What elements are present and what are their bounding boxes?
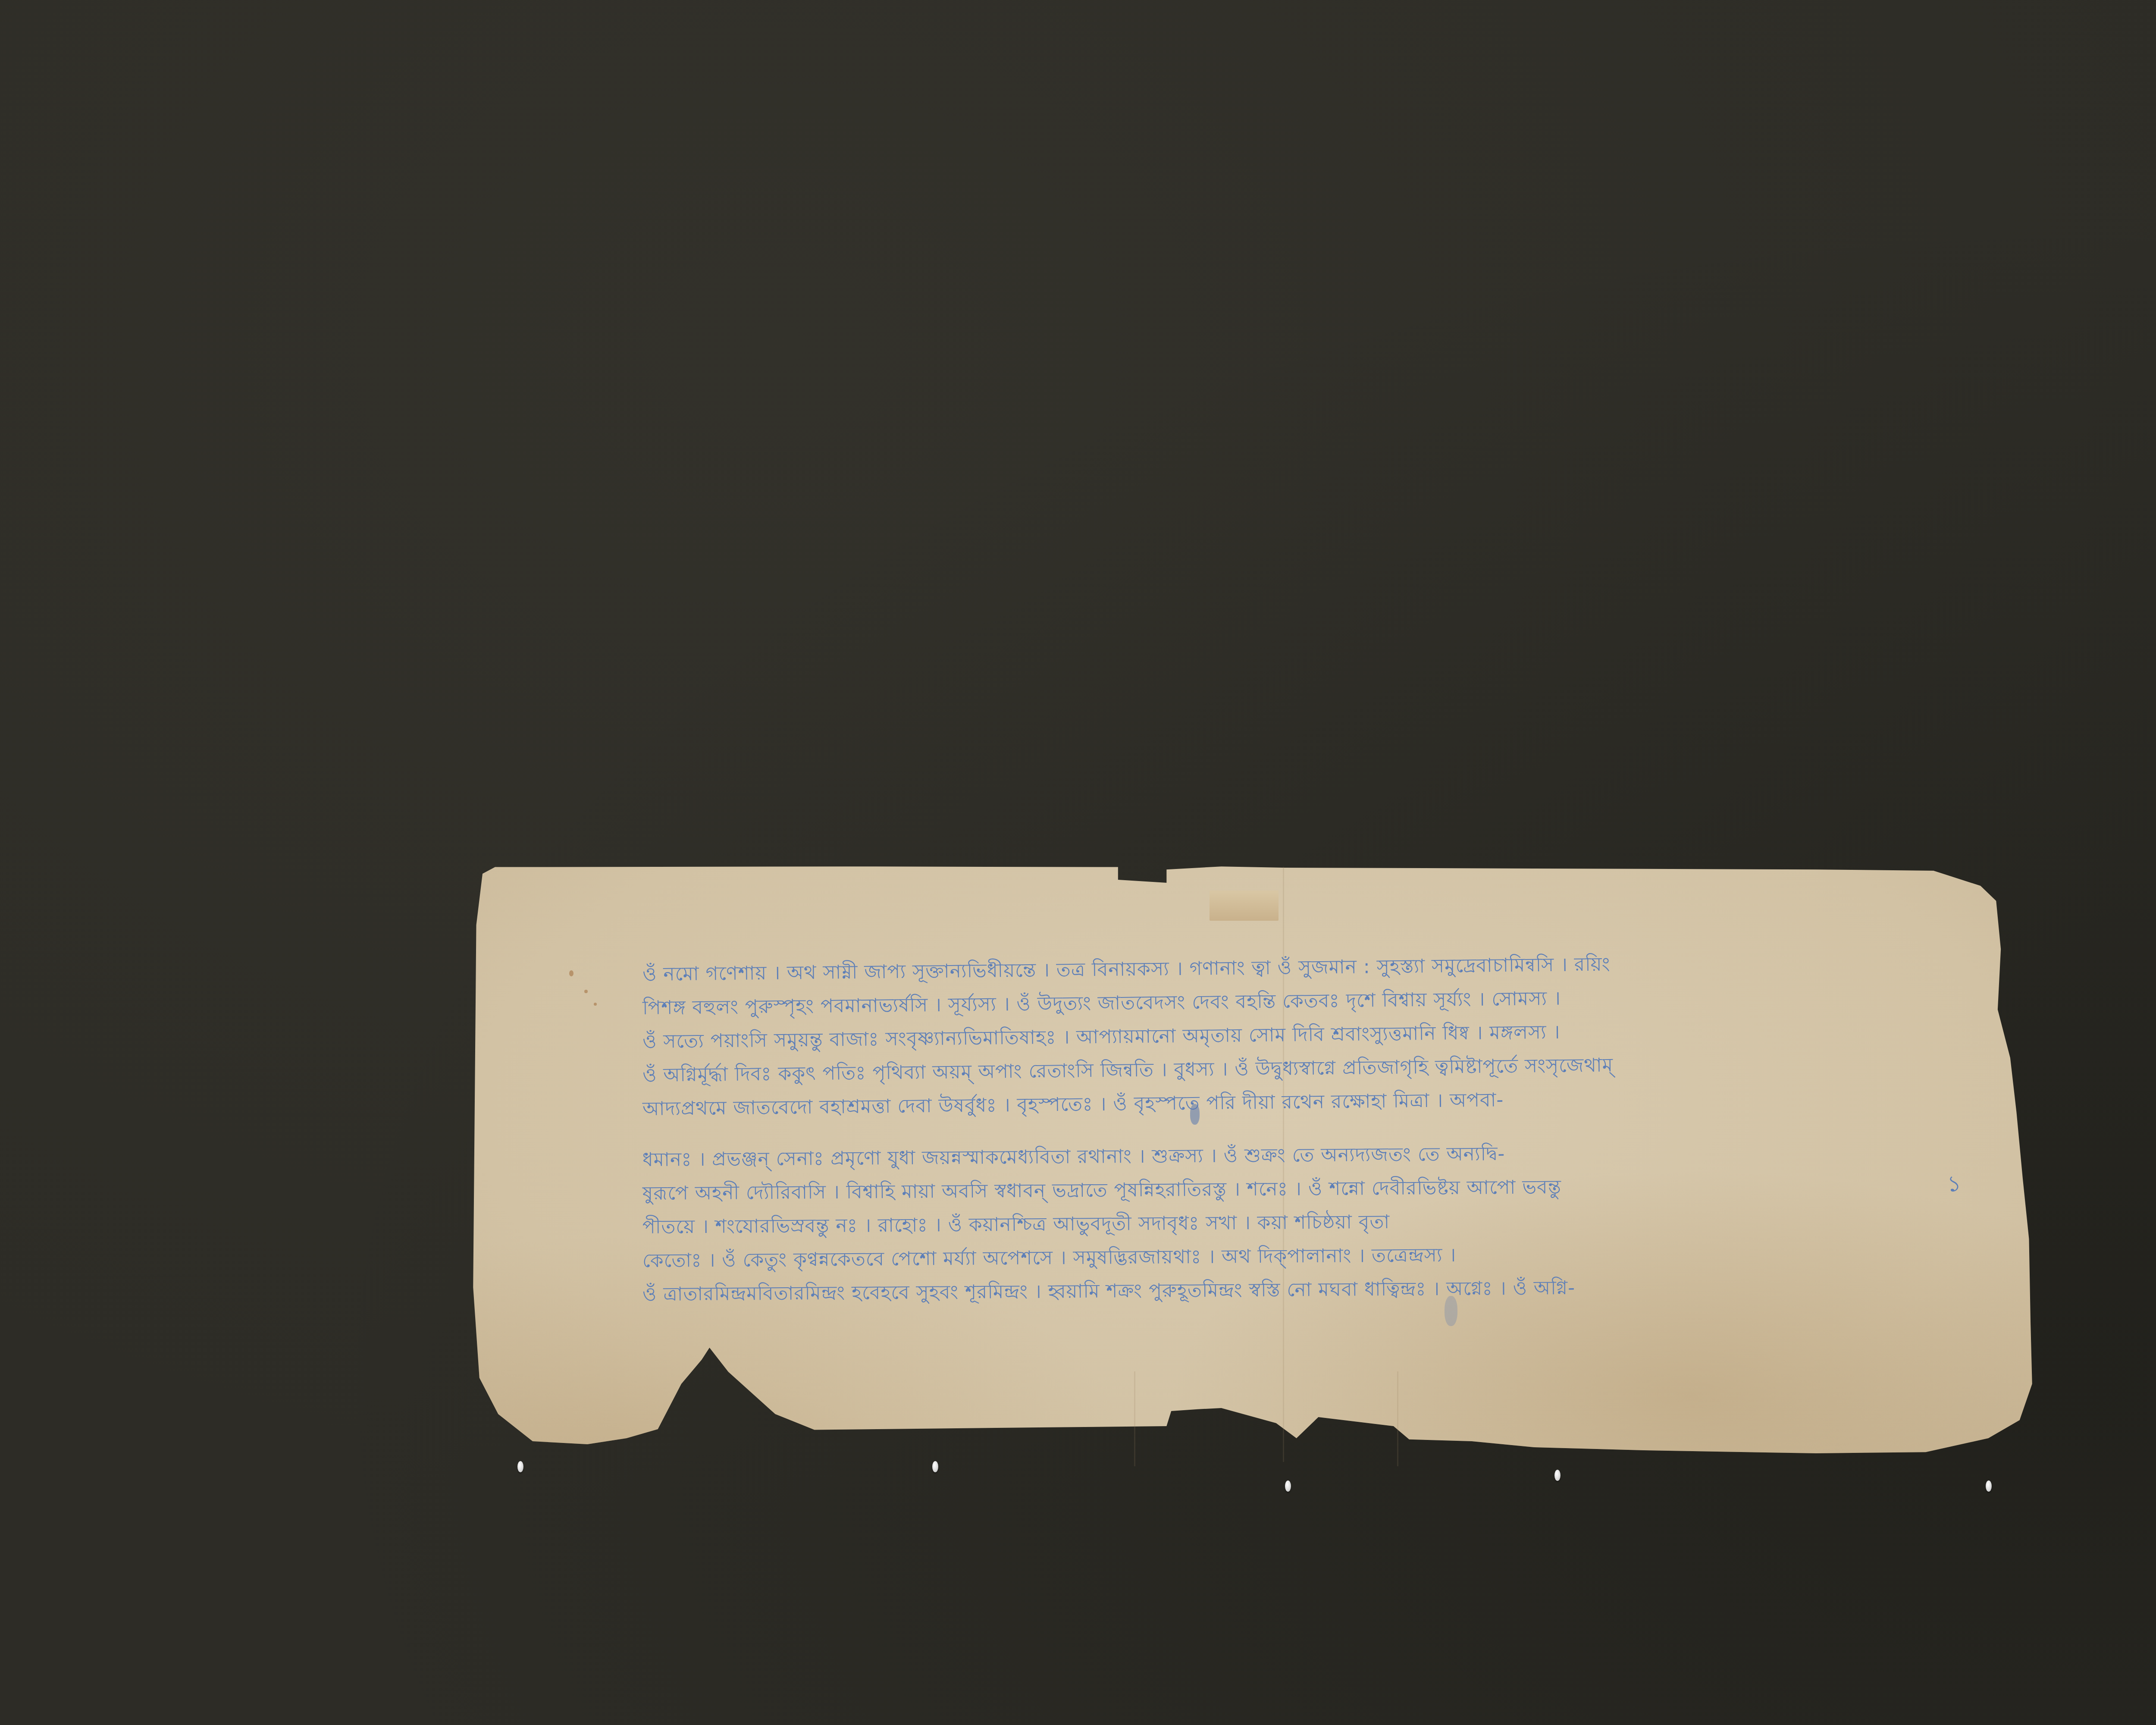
ink-blot xyxy=(1190,1104,1200,1125)
text-line-8: পীতয়ে । শংযোরভিস্রবন্তু নঃ । রাহোঃ । ওঁ… xyxy=(642,1209,1390,1240)
paper-crease xyxy=(1134,1371,1135,1466)
foxing-spot xyxy=(594,1003,597,1006)
mounting-pin xyxy=(932,1461,938,1472)
dark-mounting-board xyxy=(0,0,2156,1725)
ink-blot xyxy=(1445,1296,1457,1326)
mounting-pin xyxy=(517,1461,523,1472)
page-number: ১ xyxy=(1947,1167,1962,1204)
foxing-spot xyxy=(569,970,573,976)
repair-tape xyxy=(1210,891,1279,921)
paper-crease xyxy=(1397,1371,1398,1466)
mounting-pin xyxy=(1285,1480,1291,1492)
mounting-pin xyxy=(1554,1470,1561,1481)
foxing-spot xyxy=(584,990,588,993)
mounting-pin xyxy=(1986,1480,1992,1492)
